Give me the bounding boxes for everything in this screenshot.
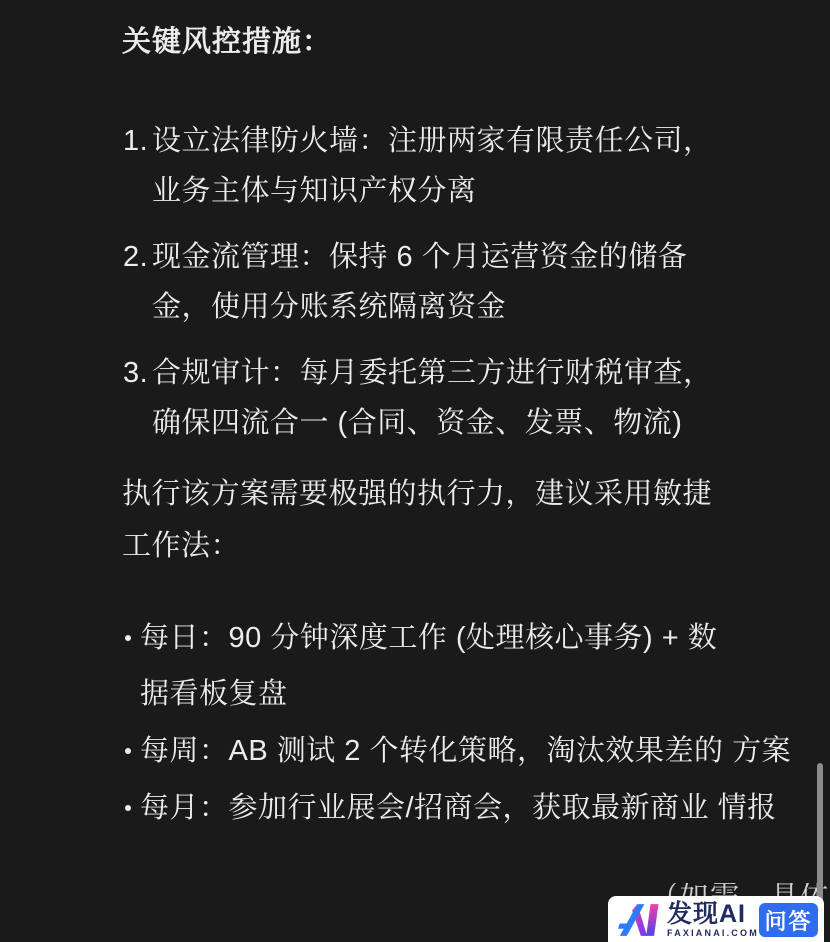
list-item-text: 现金流管理：保持 6 个月运营资金的储备 金，使用分账系统隔离资金 — [152, 232, 822, 332]
list-item: 每周：AB 测试 2 个转化策略，淘汰效果差的 方案 — [122, 723, 822, 779]
chat-screen: 关键风控措施： 1. 设立法律防火墙：注册两家有限责任公司， 业务主体与知识产权… — [0, 0, 830, 942]
assistant-message: 关键风控措施： 1. 设立法律防火墙：注册两家有限责任公司， 业务主体与知识产权… — [122, 24, 822, 837]
numbered-list: 1. 设立法律防火墙：注册两家有限责任公司， 业务主体与知识产权分离 2. 现金… — [122, 116, 822, 448]
faxianai-watermark: 发现AI FAXIANAI.COM 问答 — [608, 896, 824, 942]
paragraph: 执行该方案需要极强的执行力，建议采用敏捷 工作法： — [122, 468, 822, 572]
list-item-text: 每月：参加行业展会/招商会，获取最新商业 情报 — [140, 780, 777, 836]
list-item-text: 设立法律防火墙：注册两家有限责任公司， 业务主体与知识产权分离 — [152, 116, 822, 216]
list-item: 每日：90 分钟深度工作 (处理核心事务) + 数 据看板复盘 — [122, 610, 822, 722]
watermark-badge: 问答 — [759, 903, 818, 937]
list-item: 每月：参加行业展会/招商会，获取最新商业 情报 — [122, 780, 822, 836]
bullet-dot-icon — [122, 780, 140, 836]
list-number: 3. — [122, 348, 152, 448]
watermark-brand: 发现AI — [667, 902, 759, 926]
bullet-list: 每日：90 分钟深度工作 (处理核心事务) + 数 据看板复盘 每周：AB 测试… — [122, 610, 822, 836]
section-heading: 关键风控措施： — [122, 24, 822, 60]
list-item: 1. 设立法律防火墙：注册两家有限责任公司， 业务主体与知识产权分离 — [122, 116, 822, 216]
list-item-text: 每日：90 分钟深度工作 (处理核心事务) + 数 据看板复盘 — [140, 610, 822, 722]
list-number: 2. — [122, 232, 152, 332]
watermark-domain: FAXIANAI.COM — [667, 928, 759, 938]
bullet-dot-icon — [122, 610, 140, 722]
list-item: 2. 现金流管理：保持 6 个月运营资金的储备 金，使用分账系统隔离资金 — [122, 232, 822, 332]
list-item-text: 每周：AB 测试 2 个转化策略，淘汰效果差的 方案 — [140, 723, 791, 779]
faxianai-logo-icon — [618, 902, 662, 938]
clipped-text-fragment: （如需，具体执行材料） — [650, 883, 828, 896]
list-number: 1. — [122, 116, 152, 216]
list-item: 3. 合规审计：每月委托第三方进行财税审查， 确保四流合一 (合同、资金、发票、… — [122, 348, 822, 448]
bullet-dot-icon — [122, 723, 140, 779]
list-item-text: 合规审计：每月委托第三方进行财税审查， 确保四流合一 (合同、资金、发票、物流) — [152, 348, 822, 448]
watermark-text-block: 发现AI FAXIANAI.COM — [667, 902, 759, 938]
